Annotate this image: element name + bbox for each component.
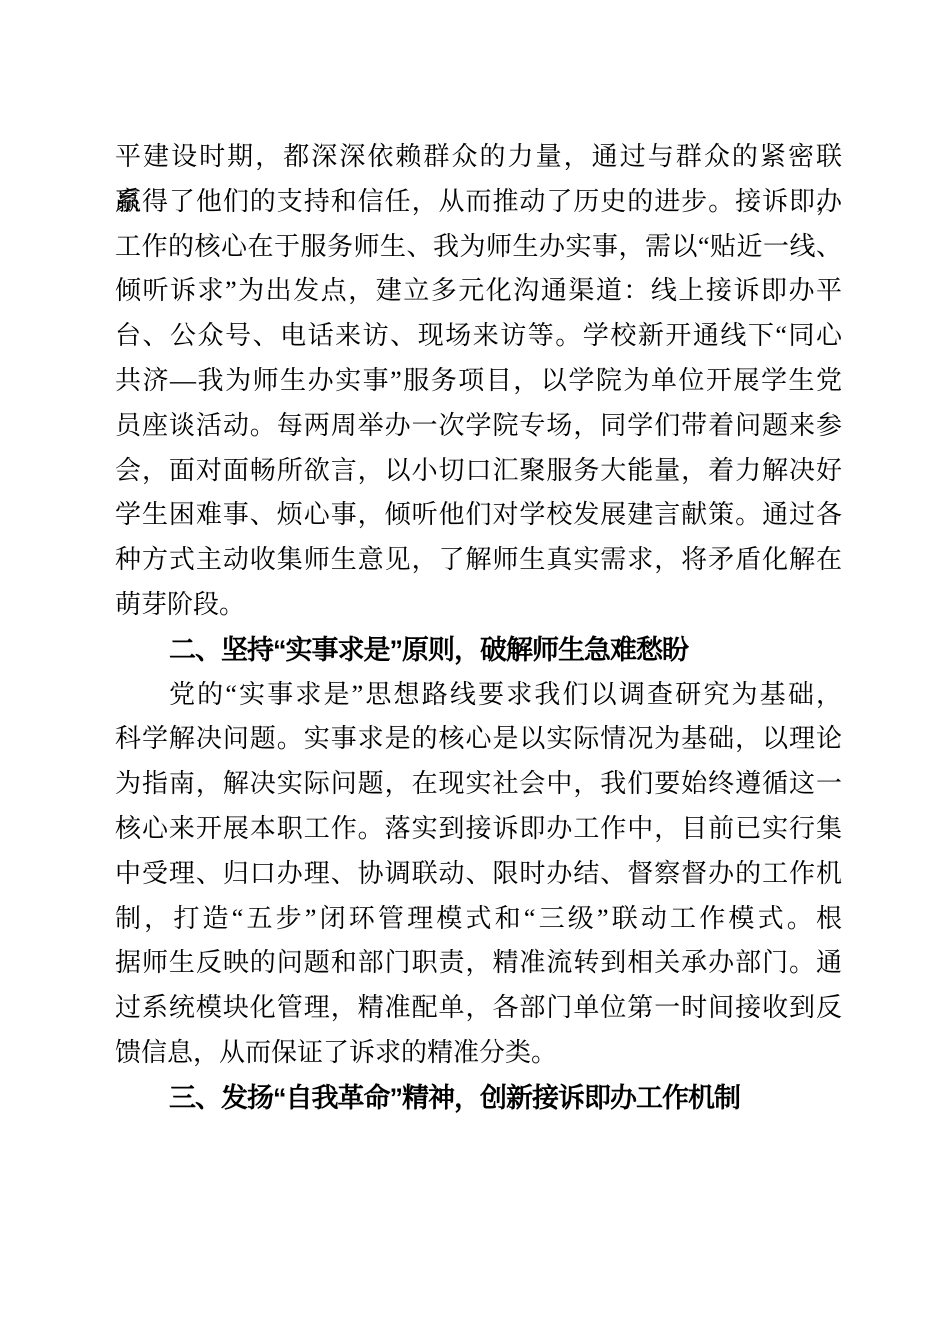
body-line: 员座谈活动。每两周举办一次学院专场，同学们带着问题来参 bbox=[115, 404, 842, 449]
body-line: 党的“实事求是”思想路线要求我们以调查研究为基础， bbox=[115, 673, 842, 718]
body-line: 会，面对面畅所欲言，以小切口汇聚服务大能量，着力解决好 bbox=[115, 449, 842, 494]
body-line: 据师生反映的问题和部门职责，精准流转到相关承办部门。通 bbox=[115, 941, 842, 986]
section-heading-3: 三、发扬“自我革命”精神，创新接诉即办工作机制 bbox=[115, 1076, 842, 1121]
body-line: 核心来开展本职工作。落实到接诉即办工作中，目前已实行集 bbox=[115, 807, 842, 852]
body-line: 工作的核心在于服务师生、我为师生办实事，需以“贴近一线、 bbox=[115, 225, 842, 270]
body-line: 共济—我为师生办实事”服务项目，以学院为单位开展学生党 bbox=[115, 359, 842, 404]
section-heading-2: 二、坚持“实事求是”原则，破解师生急难愁盼 bbox=[115, 628, 842, 673]
body-line: 倾听诉求”为出发点，建立多元化沟通渠道：线上接诉即办平 bbox=[115, 269, 842, 314]
body-line: 中受理、归口办理、协调联动、限时办结、督察督办的工作机 bbox=[115, 852, 842, 897]
body-line: 过系统模块化管理，精准配单，各部门单位第一时间接收到反 bbox=[115, 986, 842, 1031]
document-text-block: 平建设时期，都深深依赖群众的力量，通过与群众的紧密联系， 赢得了他们的支持和信任… bbox=[115, 135, 842, 1121]
body-line: 种方式主动收集师生意见，了解师生真实需求，将矛盾化解在 bbox=[115, 538, 842, 583]
body-line: 为指南，解决实际问题，在现实社会中，我们要始终遵循这一 bbox=[115, 762, 842, 807]
body-line: 台、公众号、电话来访、现场来访等。学校新开通线下“同心 bbox=[115, 314, 842, 359]
body-line: 学生困难事、烦心事，倾听他们对学校发展建言献策。通过各 bbox=[115, 493, 842, 538]
body-line: 平建设时期，都深深依赖群众的力量，通过与群众的紧密联系， bbox=[115, 135, 842, 180]
body-line: 萌芽阶段。 bbox=[115, 583, 842, 628]
body-line: 馈信息，从而保证了诉求的精准分类。 bbox=[115, 1031, 842, 1076]
body-line: 制，打造“五步”闭环管理模式和“三级”联动工作模式。根 bbox=[115, 897, 842, 942]
body-line: 科学解决问题。实事求是的核心是以实际情况为基础，以理论 bbox=[115, 717, 842, 762]
document-page: 平建设时期，都深深依赖群众的力量，通过与群众的紧密联系， 赢得了他们的支持和信任… bbox=[0, 0, 950, 1344]
body-line: 赢得了他们的支持和信任，从而推动了历史的进步。接诉即办 bbox=[115, 180, 842, 225]
